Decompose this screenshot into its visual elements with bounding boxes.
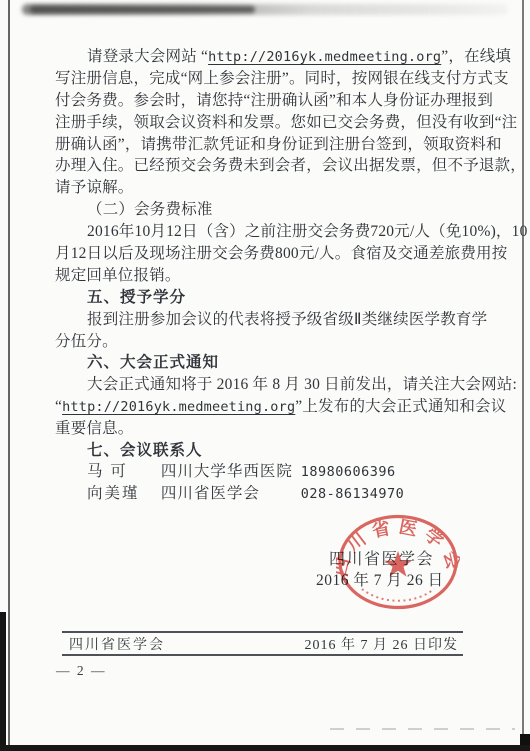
text-segment: 规定回单位报销。: [55, 267, 181, 284]
scan-corner-artifact: [520, 734, 530, 745]
text-line: 请登录大会网站 “http://2016yk.medmeeting.org”，在…: [55, 46, 505, 68]
contact-phone: 18980606396: [301, 464, 396, 480]
scan-edge-right: [522, 0, 524, 745]
text-line: 规定回单位报销。: [55, 265, 505, 287]
seal-star-icon: [384, 551, 411, 577]
section-heading: 六、大会正式通知: [55, 352, 505, 374]
footer-org: 四川省医学会: [69, 634, 165, 654]
text-line: “http://2016yk.medmeeting.org”上发布的大会正式通知…: [55, 396, 505, 418]
text-segment: 写注册信息，完成“网上参会注册”。同时，按网银在线支付方式支: [55, 70, 509, 87]
seal-bottom-serial: [362, 589, 434, 601]
scan-edge-left-bottom: [0, 612, 6, 751]
text-segment: 付会务费。参会时，请您持“注册确认函”和本人身份证办理报到: [55, 92, 493, 109]
official-seal: 四川省医学会: [336, 512, 460, 612]
footer-bar: 四川省医学会 2016 年 7 月 26 日印发: [62, 631, 463, 656]
text-segment: 七、会议联系人: [87, 442, 203, 459]
scan-edge-left: [8, 0, 10, 751]
footer-issued: 2016 年 7 月 26 日印发: [305, 634, 459, 654]
section-heading: 七、会议联系人: [55, 440, 505, 462]
text-segment: 办理入住。已经预交会务费未到会者，会议出据发票，但不予退款，: [55, 157, 526, 174]
text-segment: 注册手续，领取会议资料和发票。您如已交会务费，但没有收到“注: [55, 114, 517, 131]
text-line: 报到注册参加会议的代表将授予级省级Ⅱ类继续医学教育学: [55, 309, 505, 331]
contact-name: 马 可: [87, 461, 157, 483]
url-text[interactable]: http://2016yk.medmeeting.org: [62, 399, 295, 415]
text-segment: 册确认函”，请携带汇款凭证和身份证到注册台签到，领取资料和: [55, 136, 502, 153]
text-line: 月12日以后及现场注册交会务费800元/人。食宿及交通差旅费用按: [55, 243, 505, 265]
text-line: 重要信息。: [55, 418, 505, 440]
text-segment: 分伍分。: [55, 333, 118, 350]
section-heading: 五、授予学分: [55, 287, 505, 309]
contact-row: 马 可 四川大学华西医院 18980606396: [55, 461, 505, 483]
body-lines: 请登录大会网站 “http://2016yk.medmeeting.org”，在…: [55, 46, 505, 462]
page-number: — 2 —: [56, 663, 107, 679]
text-segment: 请登录大会网站 “: [87, 48, 208, 65]
text-segment: 请予谅解。: [55, 179, 134, 196]
text-segment: 五、授予学分: [87, 289, 186, 306]
text-line: 册确认函”，请携带汇款凭证和身份证到注册台签到，领取资料和: [55, 134, 505, 156]
text-segment: 月12日以后及现场注册交会务费800元/人。食宿及交通差旅费用按: [55, 245, 507, 262]
text-segment: 2016年10月12日（含）之前注册交会务费720元/人（免10%)，10: [87, 223, 528, 240]
text-line: 分伍分。: [55, 331, 505, 353]
text-line: （二）会务费标准: [55, 199, 505, 221]
contact-phone: 028-86134970: [301, 486, 405, 502]
text-line: 请予谅解。: [55, 177, 505, 199]
scanned-document-page: 请登录大会网站 “http://2016yk.medmeeting.org”，在…: [0, 0, 530, 751]
text-line: 2016年10月12日（含）之前注册交会务费720元/人（免10%)，10: [55, 221, 505, 243]
scan-edge-bottom: [0, 745, 530, 751]
text-segment: 报到注册参加会议的代表将授予级省级Ⅱ类继续医学教育学: [87, 311, 487, 328]
scan-dash-artifact: [330, 728, 515, 730]
contact-row: 向美瑾 四川省医学会 028-86134970: [55, 483, 505, 505]
text-segment: 大会正式通知将于 2016 年 8 月 30 日前发出，请关注大会网站:: [87, 376, 517, 393]
contact-org: 四川省医学会: [161, 483, 297, 505]
contact-name: 向美瑾: [87, 483, 157, 505]
text-segment: ”上发布的大会正式通知和会议: [295, 398, 506, 415]
text-segment: ”，在线填: [441, 48, 511, 65]
text-segment: 六、大会正式通知: [87, 354, 219, 371]
scan-smudge-top-dark: [30, 6, 255, 13]
url-text[interactable]: http://2016yk.medmeeting.org: [208, 49, 441, 65]
text-line: 注册手续，领取会议资料和发票。您如已交会务费，但没有收到“注: [55, 112, 505, 134]
text-line: 大会正式通知将于 2016 年 8 月 30 日前发出，请关注大会网站:: [55, 374, 505, 396]
text-line: 付会务费。参会时，请您持“注册确认函”和本人身份证办理报到: [55, 90, 505, 112]
text-line: 办理入住。已经预交会务费未到会者，会议出据发票，但不予退款，: [55, 155, 505, 177]
text-line: 写注册信息，完成“网上参会注册”。同时，按网银在线支付方式支: [55, 68, 505, 90]
text-segment: 重要信息。: [55, 420, 134, 437]
contact-org: 四川大学华西医院: [161, 461, 297, 483]
text-segment: （二）会务费标准: [87, 201, 213, 218]
